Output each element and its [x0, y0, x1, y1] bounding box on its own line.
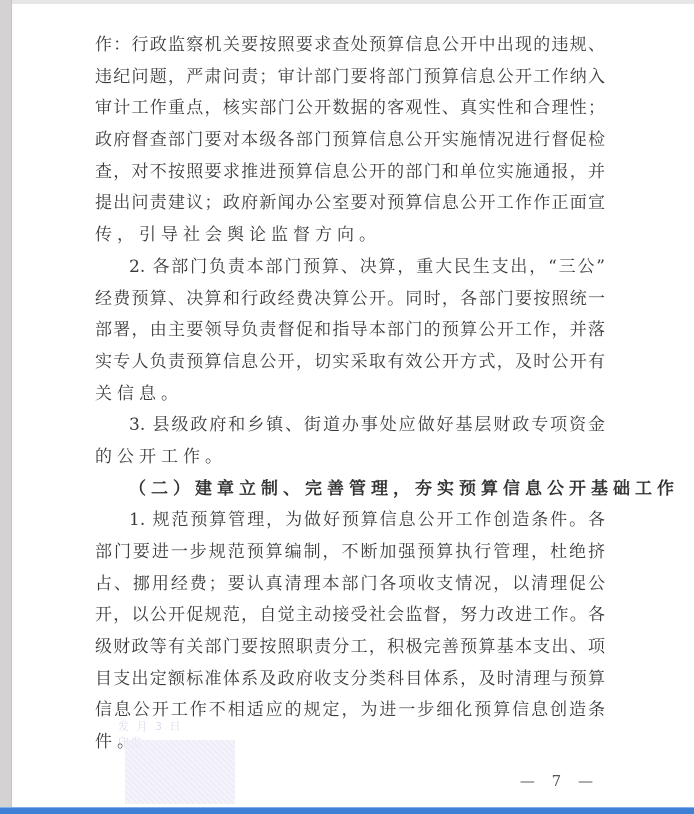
page-number: — 7 — [520, 772, 599, 790]
document-body: 作：行政监察机关要按照要求查处预算信息公开中出现的违规、 违纪问题，严肃问责；审… [95, 30, 605, 759]
text-line: 的公开工作。 [95, 442, 605, 474]
text-line: 级财政等有关部门要按照职责分工，积极完善预算基本支出、项 [95, 632, 605, 664]
text-line: 信息公开工作不相适应的规定，为进一步细化预算信息创造条 [95, 695, 605, 727]
paragraph-3-start: 3. 县级政府和乡镇、街道办事处应做好基层财政专项资金 [95, 410, 605, 442]
text-line: 关信息。 [95, 379, 605, 411]
section-heading: （二）建章立制、完善管理，夯实预算信息公开基础工作 [95, 474, 605, 506]
text-line: 作：行政监察机关要按照要求查处预算信息公开中出现的违规、 [95, 30, 605, 62]
text-line: 开，以公开促规范，自觉主动接受社会监督，努力改进工作。各 [95, 600, 605, 632]
bottom-status-bar [0, 807, 694, 814]
text-line: 政府督查部门要对本级各部门预算信息公开实施情况进行督促检 [95, 125, 605, 157]
left-scroll-strip[interactable] [0, 0, 12, 808]
text-line: 提出问责建议；政府新闻办公室要对预算信息公开工作作正面宣 [95, 188, 605, 220]
text-line: 经费预算、决算和行政经费决算公开。同时，各部门要按照统一 [95, 284, 605, 316]
text-line: 目支出定额标准体系及政府收支分类科目体系，及时清理与预算 [95, 664, 605, 696]
paragraph-2-start: 2. 各部门负责本部门预算、决算，重大民生支出，“三公” [95, 252, 605, 284]
text-line: 查，对不按照要求推进预算信息公开的部门和单位实施通报，并 [95, 157, 605, 189]
text-line: 部门要进一步规范预算编制，不断加强预算执行管理，杜绝挤 [95, 537, 605, 569]
text-line: 部署，由主要领导负责督促和指导本部门的预算公开工作，并落 [95, 315, 605, 347]
text-line: 违纪问题，严肃问责；审计部门要将部门预算信息公开工作纳入 [95, 62, 605, 94]
text-line: 实专人负责预算信息公开，切实采取有效公开方式，及时公开有 [95, 347, 605, 379]
paragraph-1-start: 1. 规范预算管理，为做好预算信息公开工作创造条件。各 [95, 505, 605, 537]
text-line: 传，引导社会舆论监督方向。 [95, 220, 605, 252]
text-line: 审计工作重点，核实部门公开数据的客观性、真实性和合理性； [95, 93, 605, 125]
text-line: 占、挪用经费；要认真清理本部门各项收支情况，以清理促公 [95, 569, 605, 601]
text-line: 件。 [95, 727, 605, 759]
document-viewer: 发 月 3 日 印发 作：行政监察机关要按照要求查处预算信息公开中出现的违规、 … [0, 0, 694, 814]
